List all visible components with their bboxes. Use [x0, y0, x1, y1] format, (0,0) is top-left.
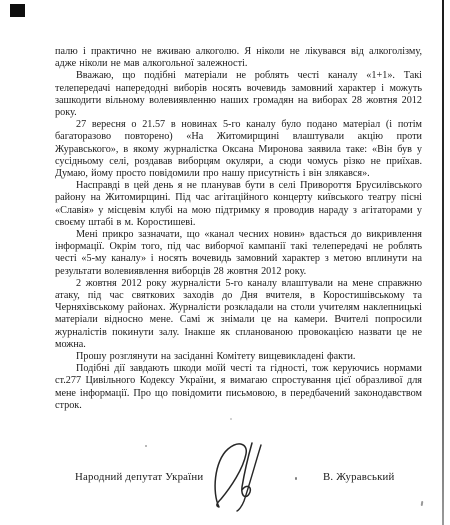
scan-corner-mark	[10, 4, 25, 17]
paragraph: Подібні дії завдають шкоди моїй честі та…	[55, 363, 422, 412]
paragraph: Мені прикро зазначати, що «канал чесних …	[55, 229, 422, 278]
paragraph: 27 вересня о 21.57 в новинах 5-го каналу…	[55, 119, 422, 180]
signatory-name: В. Журавський	[323, 471, 395, 483]
page-edge-scan-line	[442, 0, 444, 525]
paragraph: Насправді в цей день я не планував бути …	[55, 180, 422, 229]
scan-speck	[421, 501, 424, 506]
scan-speck	[295, 477, 297, 480]
paragraph: Прошу розглянути на засіданні Комітету в…	[55, 351, 422, 363]
paragraph-continuation: палю і практично не вживаю алкоголю. Я н…	[55, 46, 422, 70]
scan-speck	[145, 445, 147, 447]
signatory-title: Народний депутат України	[75, 471, 203, 483]
paragraph: Вважаю, що подібні матеріали не роблять …	[55, 70, 422, 119]
letter-body: палю і практично не вживаю алкоголю. Я н…	[55, 46, 422, 412]
handwritten-signature-icon	[211, 441, 273, 513]
scan-speck	[230, 418, 232, 420]
paragraph: 2 жовтня 2012 року журналісти 5-го канал…	[55, 278, 422, 351]
scanned-letter-page: палю і практично не вживаю алкоголю. Я н…	[0, 0, 450, 525]
